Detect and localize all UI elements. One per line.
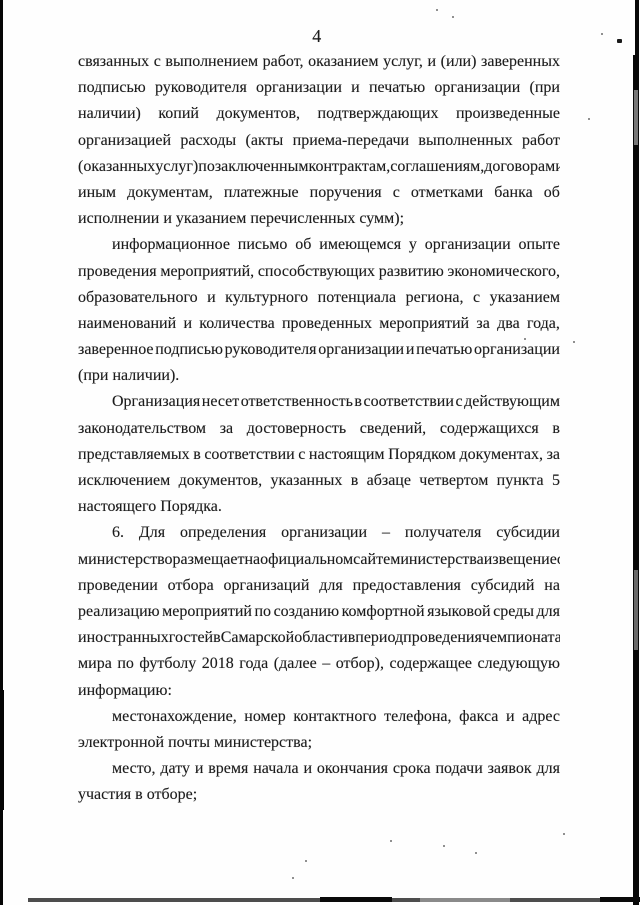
text-line: Организациянесетответственностьвсоответс… bbox=[78, 389, 560, 415]
scan-noise-dot bbox=[601, 33, 603, 35]
text-line: министерстворазмещаетнаофициальномсайтем… bbox=[78, 547, 560, 573]
text-line: заверенноеподписьюруководителяорганизаци… bbox=[78, 337, 560, 363]
text-line: законодательствомзадостоверностьсведений… bbox=[78, 416, 560, 442]
scan-edge-left-wide bbox=[0, 690, 4, 810]
scan-noise-dot bbox=[617, 39, 622, 43]
scan-edge-bottom-light bbox=[420, 898, 510, 902]
text-line: проведениямероприятий,способствующихразв… bbox=[78, 259, 560, 285]
scan-noise-dot bbox=[563, 833, 565, 835]
text-line: наличии)копийдокументов,подтверждающихпр… bbox=[78, 101, 560, 127]
scan-edge-right-mask bbox=[633, 0, 635, 55]
text-line: образовательногоикультурногопотенциаларе… bbox=[78, 285, 560, 311]
text-block: связанныхсвыполнениемработ,оказаниемуслу… bbox=[78, 49, 560, 808]
scan-noise-dot bbox=[443, 845, 445, 847]
scan-noise-dot bbox=[390, 840, 392, 842]
text-line: представляемыхвсоответствииснастоящимПор… bbox=[78, 442, 560, 468]
text-line: наименованийиколичествапроведенныхмеропр… bbox=[78, 311, 560, 337]
text-line: (оказанныхуслуг)позаключеннымконтрактам,… bbox=[78, 154, 560, 180]
text-line: организациейрасходы(актыприема-передачив… bbox=[78, 128, 560, 154]
scan-noise-dot bbox=[524, 338, 526, 340]
text-line: (при наличии). bbox=[78, 363, 560, 389]
text-line: информацию: bbox=[78, 678, 560, 704]
scan-edge-right-fade bbox=[634, 90, 638, 145]
text-line: реализациюмероприятийпосозданиюкомфортно… bbox=[78, 599, 560, 625]
text-line: инымдокументам,платежныепоручениясотметк… bbox=[78, 180, 560, 206]
scan-noise-dot bbox=[292, 877, 294, 879]
text-line: 6.Дляопределенияорганизации–получателясу… bbox=[78, 520, 560, 546]
scan-noise-dot bbox=[305, 860, 307, 862]
scan-noise-dot bbox=[475, 852, 477, 854]
text-line: участия в отборе; bbox=[78, 782, 560, 808]
text-line: информационноеписьмообимеющемсяуорганиза… bbox=[78, 232, 560, 258]
scan-noise-dot bbox=[588, 118, 590, 120]
scan-noise-dot bbox=[452, 16, 454, 18]
text-line: исключениемдокументов,указанныхвабзацече… bbox=[78, 468, 560, 494]
text-line: иностранныхгостейвСамарскойобластивперио… bbox=[78, 625, 560, 651]
scan-noise-dot bbox=[573, 341, 575, 343]
text-line: место,датуивремяначалаиокончаниясрокапод… bbox=[78, 756, 560, 782]
text-line: электронной почты министерства; bbox=[78, 730, 560, 756]
document-page: 4 связанныхсвыполнениемработ,оказаниемус… bbox=[0, 0, 640, 905]
scan-edge-right-fade bbox=[634, 570, 638, 650]
text-line: связанныхсвыполнениемработ,оказаниемуслу… bbox=[78, 49, 560, 75]
text-line: исполнении и указанием перечисленных сум… bbox=[78, 206, 560, 232]
scan-edge-bottom-dark bbox=[320, 897, 392, 902]
text-line: мирапофутболу2018года(далее–отбор),содер… bbox=[78, 651, 560, 677]
text-line: подписьюруководителяорганизацииипечатьюо… bbox=[78, 75, 560, 101]
scan-noise-dot bbox=[436, 9, 438, 11]
page-number: 4 bbox=[0, 26, 634, 47]
text-line: настоящего Порядка. bbox=[78, 494, 560, 520]
text-line: местонахождение,номерконтактноготелефона… bbox=[78, 704, 560, 730]
scan-edge-bottom-dark bbox=[600, 897, 640, 902]
text-line: проведенииотбораорганизацийдляпредоставл… bbox=[78, 573, 560, 599]
